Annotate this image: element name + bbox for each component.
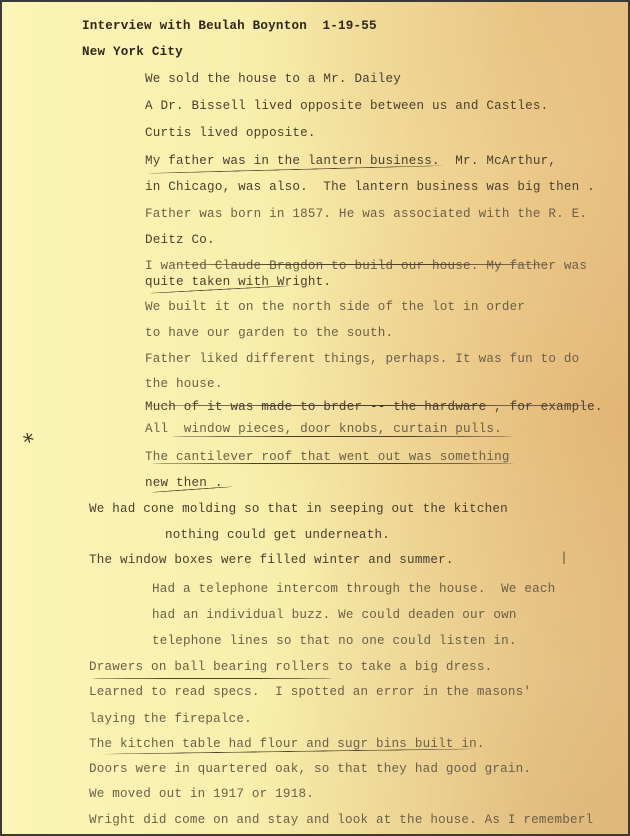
handwritten-underline xyxy=(170,264,550,265)
text-line: We built it on the north side of the lot… xyxy=(145,300,525,314)
text-line: The cantilever roof that went out was so… xyxy=(145,450,510,464)
text-line: Doors were in quartered oak, so that the… xyxy=(89,762,531,776)
text-line: Had a telephone intercom through the hou… xyxy=(152,582,555,596)
asterisk-margin-mark: * xyxy=(21,429,38,456)
text-line: the house. xyxy=(145,377,223,391)
document-location: New York City xyxy=(82,45,183,59)
handwritten-underline xyxy=(148,405,596,406)
text-line: The window boxes were filled winter and … xyxy=(89,553,454,567)
text-line: telephone lines so that no one could lis… xyxy=(152,634,517,648)
text-line: Curtis lived opposite. xyxy=(145,126,316,140)
text-line: All window pieces, door knobs, curtain p… xyxy=(145,422,502,436)
handwritten-underline xyxy=(92,678,332,679)
text-line: in Chicago, was also. The lantern busine… xyxy=(145,180,595,194)
text-line: A Dr. Bissell lived opposite between us … xyxy=(145,99,548,113)
document-title: Interview with Beulah Boynton 1-19-55 xyxy=(82,19,377,33)
text-line: Deitz Co. xyxy=(145,233,215,247)
text-line: We moved out in 1917 or 1918. xyxy=(89,787,314,801)
pencil-tick-mark: | xyxy=(562,550,566,564)
text-line: My father was in the lantern business. M… xyxy=(145,154,556,168)
text-line: to have our garden to the south. xyxy=(145,326,393,340)
text-line: I wanted Claude Bragdon to build our hou… xyxy=(145,259,587,273)
text-line: Father was born in 1857. He was associat… xyxy=(145,207,587,221)
text-line: laying the firepalce. xyxy=(89,712,252,726)
text-line: We sold the house to a Mr. Dailey xyxy=(145,72,401,86)
text-line: Father liked different things, perhaps. … xyxy=(145,352,579,366)
text-line: Learned to read specs. I spotted an erro… xyxy=(89,685,531,699)
text-line: quite taken with Wright. xyxy=(145,275,331,289)
text-line: Much of it was made to brder -- the hard… xyxy=(145,400,603,414)
text-line: We had cone molding so that in seeping o… xyxy=(89,502,508,516)
text-line: Drawers on ball bearing rollers to take … xyxy=(89,660,492,674)
text-line: Wright did come on and stay and look at … xyxy=(89,813,593,827)
text-line: nothing could get underneath. xyxy=(165,528,390,542)
handwritten-underline xyxy=(152,463,514,464)
text-line: had an individual buzz. We could deaden … xyxy=(152,608,517,622)
scanned-typewritten-page: Interview with Beulah Boynton 1-19-55 Ne… xyxy=(0,0,630,836)
handwritten-underline xyxy=(172,436,512,437)
